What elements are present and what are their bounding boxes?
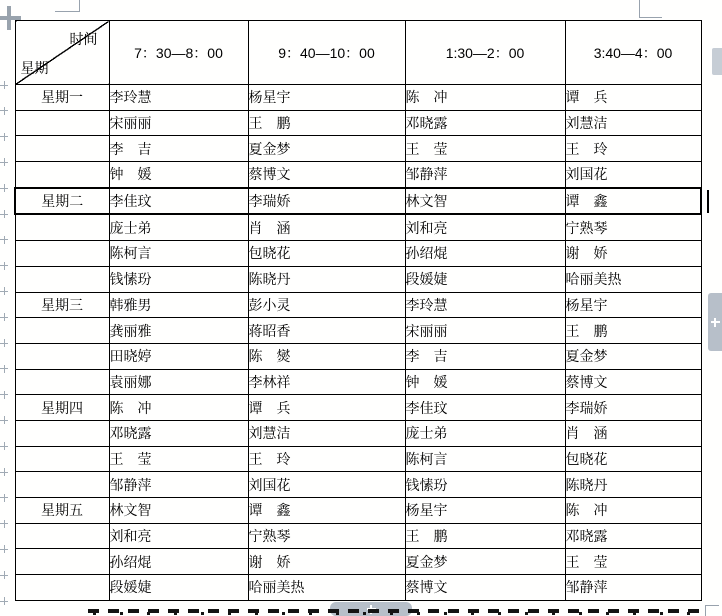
corner-header-cell[interactable]: 时间 星期 [15, 21, 109, 85]
row-boundary-tick [0, 571, 8, 579]
duty-name-cell[interactable]: 陈 冲 [565, 498, 701, 524]
row-boundary-tick [0, 262, 8, 270]
day-cell[interactable] [15, 110, 109, 136]
duty-name-cell[interactable]: 李瑞娇 [565, 395, 701, 421]
row-boundary-tick [0, 133, 8, 141]
duty-name-cell[interactable]: 谢 娇 [565, 241, 701, 267]
row-boundary-tick [0, 391, 8, 399]
duty-name-cell[interactable]: 哈丽美热 [565, 266, 701, 292]
table-row: 陈柯言 包晓花 孙绍焜 谢 娇 [15, 241, 701, 267]
table-row: 邹静萍 刘国花 钱愫玢 陈晓丹 [15, 472, 701, 498]
cut-off-text-line [88, 609, 700, 616]
duty-name-cell[interactable]: 陈 冲 [405, 85, 565, 111]
duty-name-cell[interactable]: 钟 媛 [109, 162, 248, 188]
duty-name-cell[interactable]: 钱愫玢 [405, 472, 565, 498]
duty-name-cell[interactable]: 孙绍焜 [109, 549, 248, 575]
table-row: 宋丽丽 王 鹏 邓晓露 刘慧洁 [15, 110, 701, 136]
duty-name-cell[interactable]: 王 鹏 [405, 523, 565, 549]
duty-name-cell[interactable]: 彭小灵 [248, 292, 405, 318]
day-cell[interactable]: 星期五 [15, 498, 109, 524]
duty-name-cell[interactable]: 钱愫玢 [109, 266, 248, 292]
row-boundary-tick [0, 520, 8, 528]
duty-name-cell[interactable]: 夏金梦 [565, 343, 701, 369]
duty-name-cell[interactable]: 韩雅男 [109, 292, 248, 318]
duty-name-cell[interactable]: 李 吉 [109, 136, 248, 162]
table-row: 星期三 韩雅男 彭小灵 李玲慧 杨星宇 [15, 292, 701, 318]
day-cell[interactable] [15, 446, 109, 472]
selected-row-end-mark [707, 190, 709, 213]
time-header-cell[interactable]: 9：40—10：00 [248, 21, 405, 85]
duty-name-cell[interactable]: 陈晓丹 [248, 266, 405, 292]
duty-name-cell[interactable]: 宋丽丽 [109, 110, 248, 136]
day-cell[interactable] [15, 266, 109, 292]
duty-name-cell[interactable]: 陈 爕 [248, 343, 405, 369]
duty-name-cell[interactable]: 李瑞娇 [248, 188, 405, 215]
day-cell[interactable] [15, 420, 109, 446]
margin-marker-top-right [639, 0, 662, 18]
day-cell[interactable] [15, 241, 109, 267]
margin-marker-top-left [55, 0, 80, 12]
duty-name-cell[interactable]: 邓晓露 [405, 110, 565, 136]
table-row: 袁丽娜 李林祥 钟 媛 蔡博文 [15, 369, 701, 395]
row-boundary-tick [0, 339, 8, 347]
duty-name-cell[interactable]: 邹静萍 [565, 575, 701, 601]
duty-name-cell[interactable]: 刘慧洁 [565, 110, 701, 136]
duty-name-cell[interactable]: 肖 涵 [565, 420, 701, 446]
table-row: 星期一 李玲慧 杨星宇 陈 冲 谭 兵 [15, 85, 701, 111]
duty-name-cell[interactable]: 夏金梦 [248, 136, 405, 162]
document-page: 时间 星期 7：30—8：00 9：40—10：00 1:30—2：00 3:4… [0, 0, 722, 616]
duty-name-cell[interactable]: 庞士弟 [109, 214, 248, 240]
duty-name-cell[interactable]: 王 莹 [405, 136, 565, 162]
duty-name-cell[interactable]: 宁熟琴 [248, 523, 405, 549]
duty-name-cell[interactable]: 王 莹 [109, 446, 248, 472]
duty-name-cell[interactable]: 包晓花 [248, 241, 405, 267]
duty-name-cell[interactable]: 宋丽丽 [405, 318, 565, 344]
table-row: 庞士弟 肖 涵 刘和亮 宁熟琴 [15, 214, 701, 240]
duty-name-cell[interactable]: 蒋昭香 [248, 318, 405, 344]
table-row: 田晓婷 陈 爕 李 吉 夏金梦 [15, 343, 701, 369]
table-row: 孙绍焜 谢 娇 夏金梦 王 莹 [15, 549, 701, 575]
duty-name-cell[interactable]: 李佳玟 [405, 395, 565, 421]
duty-schedule-table: 时间 星期 7：30—8：00 9：40—10：00 1:30—2：00 3:4… [14, 20, 702, 601]
plus-icon [708, 293, 722, 351]
day-cell[interactable] [15, 549, 109, 575]
right-edge-tab[interactable] [712, 48, 722, 75]
row-boundary-tick [0, 365, 8, 373]
row-boundary-tick [0, 416, 8, 424]
row-boundary-tick [0, 313, 8, 321]
row-boundary-tick [0, 184, 8, 192]
table-row: 钱愫玢 陈晓丹 段媛婕 哈丽美热 [15, 266, 701, 292]
table-row: 刘和亮 宁熟琴 王 鹏 邓晓露 [15, 523, 701, 549]
duty-name-cell[interactable]: 李佳玟 [109, 188, 248, 215]
row-boundary-tick [0, 494, 8, 502]
duty-name-cell[interactable]: 刘和亮 [109, 523, 248, 549]
day-cell[interactable]: 星期三 [15, 292, 109, 318]
duty-name-cell[interactable]: 刘和亮 [405, 214, 565, 240]
table-row: 李 吉 夏金梦 王 莹 王 玲 [15, 136, 701, 162]
duty-name-cell[interactable]: 包晓花 [565, 446, 701, 472]
row-boundary-tick [0, 81, 8, 89]
row-boundary-tick [0, 236, 8, 244]
duty-name-cell[interactable]: 陈柯言 [405, 446, 565, 472]
duty-name-cell[interactable]: 龚丽雅 [109, 318, 248, 344]
duty-name-cell[interactable]: 李 吉 [405, 343, 565, 369]
duty-name-cell[interactable]: 哈丽美热 [248, 575, 405, 601]
day-cell[interactable]: 星期一 [15, 85, 109, 111]
table-row: 星期二 李佳玟 李瑞娇 林文智 谭 鑫 [15, 188, 701, 215]
day-cell[interactable] [15, 318, 109, 344]
table-row: 龚丽雅 蒋昭香 宋丽丽 王 鹏 [15, 318, 701, 344]
duty-name-cell[interactable]: 陈晓丹 [565, 472, 701, 498]
duty-name-cell[interactable]: 谢 娇 [248, 549, 405, 575]
duty-name-cell[interactable]: 杨星宇 [405, 498, 565, 524]
duty-name-cell[interactable]: 庞士弟 [405, 420, 565, 446]
row-boundary-tick [0, 442, 8, 450]
row-boundary-tick [0, 468, 8, 476]
duty-name-cell[interactable]: 陈柯言 [109, 241, 248, 267]
table-row: 星期五 林文智 谭 鑫 杨星宇 陈 冲 [15, 498, 701, 524]
day-cell[interactable] [15, 369, 109, 395]
duty-name-cell[interactable]: 李玲慧 [109, 85, 248, 111]
duty-name-cell[interactable]: 王 莹 [565, 549, 701, 575]
table-header-row: 时间 星期 7：30—8：00 9：40—10：00 1:30—2：00 3:4… [15, 21, 701, 85]
duty-name-cell[interactable]: 邓晓露 [565, 523, 701, 549]
duty-name-cell[interactable]: 谭 鑫 [565, 188, 701, 215]
duty-name-cell[interactable]: 蔡博文 [248, 162, 405, 188]
duty-name-cell[interactable]: 刘国花 [248, 472, 405, 498]
duty-name-cell[interactable]: 段媛婕 [405, 266, 565, 292]
duty-name-cell[interactable]: 田晓婷 [109, 343, 248, 369]
duty-name-cell[interactable]: 李玲慧 [405, 292, 565, 318]
day-cell[interactable] [15, 162, 109, 188]
duty-name-cell[interactable]: 邹静萍 [405, 162, 565, 188]
duty-name-cell[interactable]: 夏金梦 [405, 549, 565, 575]
duty-name-cell[interactable]: 杨星宇 [565, 292, 701, 318]
duty-name-cell[interactable]: 邓晓露 [109, 420, 248, 446]
duty-name-cell[interactable]: 蔡博文 [565, 369, 701, 395]
day-cell[interactable] [15, 343, 109, 369]
insert-row-plus-button[interactable] [708, 293, 722, 351]
table-body: 时间 星期 7：30—8：00 9：40—10：00 1:30—2：00 3:4… [15, 21, 701, 601]
table-row: 王 莹 王 玲 陈柯言 包晓花 [15, 446, 701, 472]
duty-name-cell[interactable]: 王 鹏 [248, 110, 405, 136]
duty-name-cell[interactable]: 谭 兵 [248, 395, 405, 421]
day-cell[interactable] [15, 214, 109, 240]
duty-name-cell[interactable]: 陈 冲 [109, 395, 248, 421]
day-cell[interactable] [15, 523, 109, 549]
duty-name-cell[interactable]: 刘慧洁 [248, 420, 405, 446]
day-cell[interactable] [15, 472, 109, 498]
day-cell[interactable] [15, 575, 109, 601]
row-boundary-tick [0, 158, 8, 166]
time-header-cell[interactable]: 1:30—2：00 [405, 21, 565, 85]
duty-name-cell[interactable]: 杨星宇 [248, 85, 405, 111]
duty-name-cell[interactable]: 林文智 [109, 498, 248, 524]
corner-label-time: 时间 [70, 32, 98, 46]
duty-name-cell[interactable]: 宁熟琴 [565, 214, 701, 240]
duty-name-cell[interactable]: 刘国花 [565, 162, 701, 188]
table-row: 星期四 陈 冲 谭 兵 李佳玟 李瑞娇 [15, 395, 701, 421]
duty-name-cell[interactable]: 邹静萍 [109, 472, 248, 498]
duty-name-cell[interactable]: 蔡博文 [405, 575, 565, 601]
row-boundary-tick [0, 597, 8, 605]
row-boundary-tick [0, 210, 8, 218]
duty-name-cell[interactable]: 谭 兵 [565, 85, 701, 111]
row-boundary-tick [0, 287, 8, 295]
day-cell[interactable]: 星期四 [15, 395, 109, 421]
duty-name-cell[interactable]: 钟 媛 [405, 369, 565, 395]
table-row: 钟 媛 蔡博文 邹静萍 刘国花 [15, 162, 701, 188]
time-header-cell[interactable]: 7：30—8：00 [109, 21, 248, 85]
duty-name-cell[interactable]: 王 玲 [248, 446, 405, 472]
duty-name-cell[interactable]: 段媛婕 [109, 575, 248, 601]
corner-label-week: 星期 [21, 61, 49, 75]
margin-marker-bottom-right [705, 605, 719, 616]
duty-name-cell[interactable]: 王 玲 [565, 136, 701, 162]
day-cell[interactable] [15, 136, 109, 162]
table-row: 邓晓露 刘慧洁 庞士弟 肖 涵 [15, 420, 701, 446]
table-row: 段媛婕 哈丽美热 蔡博文 邹静萍 [15, 575, 701, 601]
duty-name-cell[interactable]: 袁丽娜 [109, 369, 248, 395]
duty-name-cell[interactable]: 林文智 [405, 188, 565, 215]
duty-name-cell[interactable]: 谭 鑫 [248, 498, 405, 524]
row-boundary-tick [0, 545, 8, 553]
day-cell[interactable]: 星期二 [15, 188, 109, 215]
duty-name-cell[interactable]: 李林祥 [248, 369, 405, 395]
time-header-cell[interactable]: 3:40—4：00 [565, 21, 701, 85]
duty-name-cell[interactable]: 王 鹏 [565, 318, 701, 344]
row-boundary-tick [0, 107, 8, 115]
duty-name-cell[interactable]: 肖 涵 [248, 214, 405, 240]
duty-name-cell[interactable]: 孙绍焜 [405, 241, 565, 267]
